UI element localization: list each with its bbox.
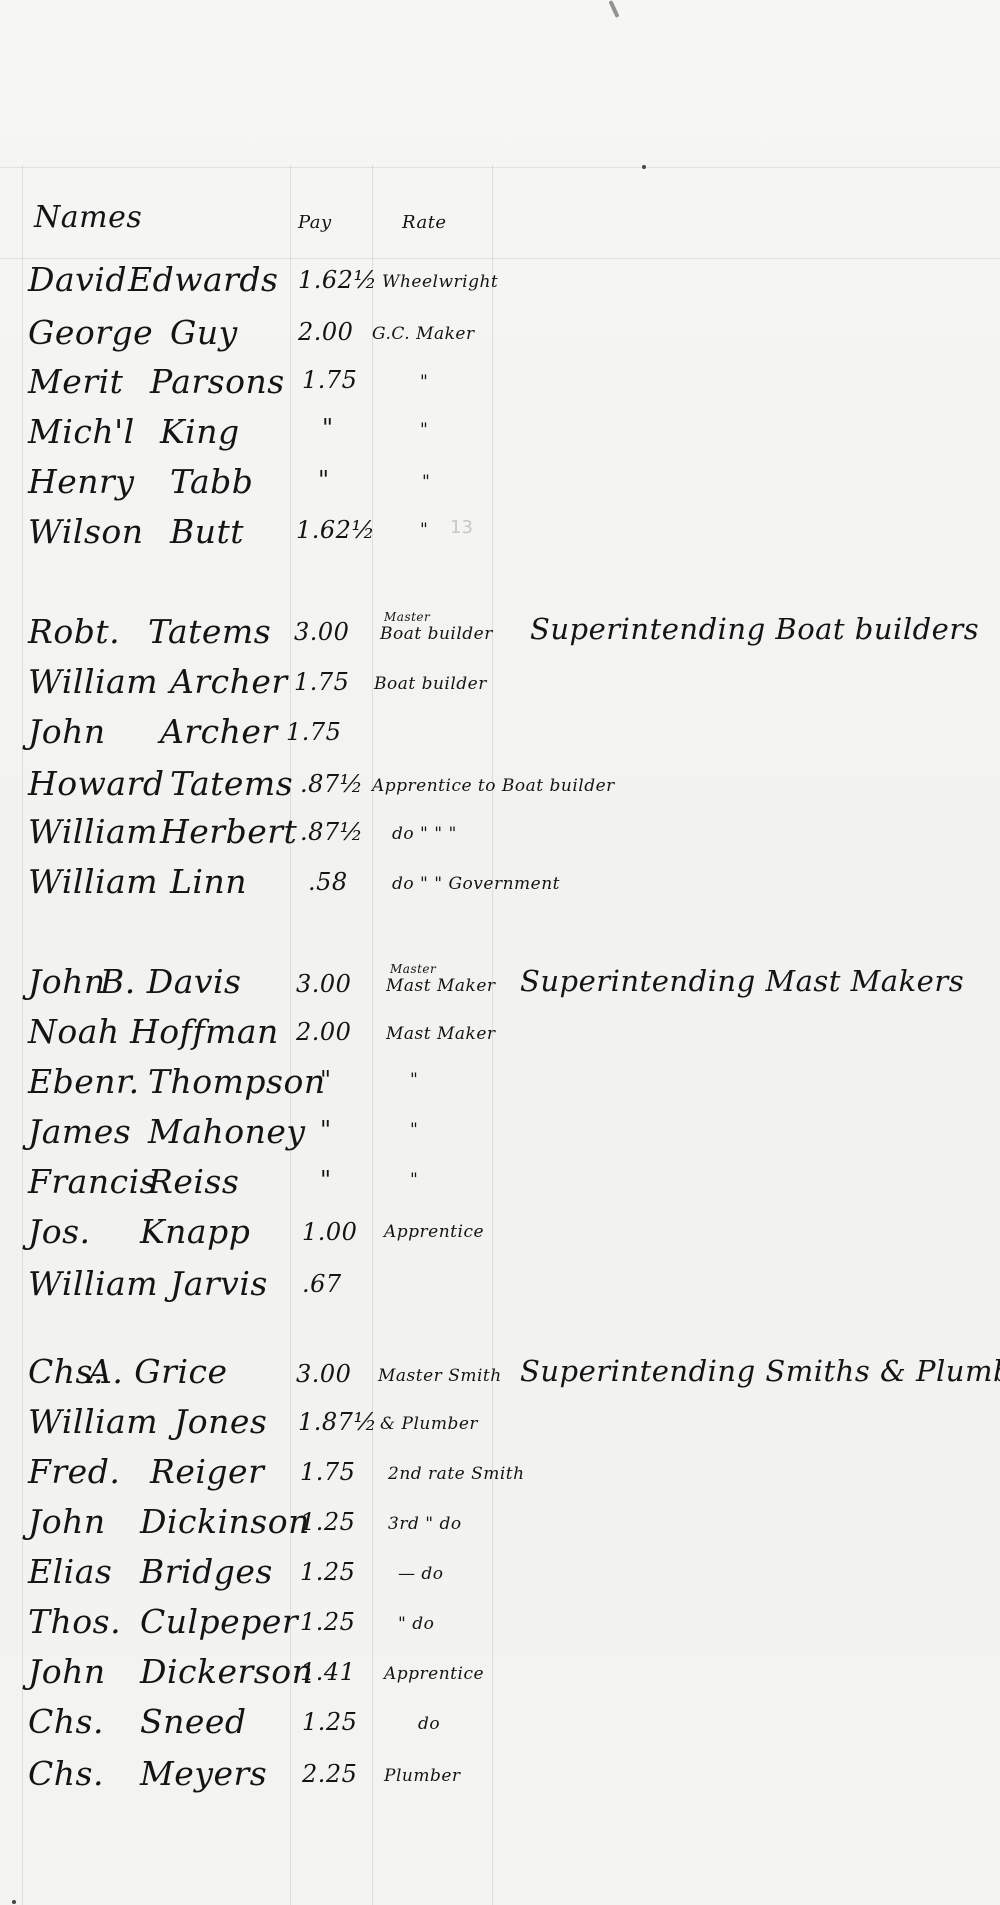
name-last: Reiss [148,1162,239,1201]
group-note: Superintending Boat builders [530,612,979,646]
name-first: James [28,1112,131,1151]
rate-value: Master Boat builder [380,624,493,644]
pay-value: 1.75 [286,718,341,746]
name-first: Francis [28,1162,157,1201]
ruled-column-line [22,165,23,1905]
name-last: Tatems [148,612,271,651]
name-last: Hoffman [130,1012,279,1051]
rate-value: do [418,1714,440,1734]
names-column-header: Names [34,200,142,235]
ruled-column-line [290,165,291,1905]
pay-value: " [318,466,330,494]
pay-value: 1.25 [300,1608,355,1636]
pay-value: " [322,414,334,442]
name-last: Archer [160,712,278,751]
name-first: William [28,1264,158,1303]
pay-value: " [320,1116,332,1144]
name-first: Noah [28,1012,120,1051]
rate-value: " [420,372,428,392]
manuscript-page: Names Pay Rate 13 David Edwards 1.62½ Wh… [0,0,1000,1905]
rate-value: — do [398,1564,444,1584]
name-first: Robt. [28,612,120,651]
rate-value: " [422,472,430,492]
name-first: William [28,862,158,901]
pay-value: 1.25 [300,1558,355,1586]
name-first: Henry [28,462,134,501]
pay-value: 1.41 [300,1658,355,1686]
rate-value: Wheelwright [382,272,498,292]
pay-value: 1.62½ [296,516,375,544]
rate-value: " [410,1170,418,1190]
name-last: Mahoney [148,1112,306,1151]
pay-value: 1.87½ [298,1408,377,1436]
name-last: Dickerson [140,1652,313,1691]
name-first: John [28,712,106,751]
rate-value: 3rd " do [388,1514,462,1534]
rate-value: " do [398,1614,434,1634]
ink-dot [12,1900,16,1904]
rate-value: Apprentice [384,1664,484,1684]
rate-value: Mast Maker [386,1024,496,1044]
name-first: John [28,1652,106,1691]
pay-value: 2.25 [302,1760,357,1788]
rate-value: Apprentice [384,1222,484,1242]
name-first: Merit [28,362,123,401]
name-last: B. Davis [100,962,242,1001]
pay-value: 2.00 [298,318,353,346]
rate-value: Master Smith [378,1366,502,1386]
name-last: Thompson [148,1062,326,1101]
rate-value: Apprentice to Boat builder [372,776,615,796]
pay-value: " [320,1066,332,1094]
pay-value: 2.00 [296,1018,351,1046]
pay-value: 1.25 [302,1708,357,1736]
name-first: David [28,260,127,299]
name-last: Linn [170,862,247,901]
name-last: Jarvis [170,1264,268,1303]
rate-superscript: Master [384,610,430,624]
rate-value: " [410,1070,418,1090]
ruled-line [0,167,1000,168]
name-last: Jones [174,1402,267,1441]
ruled-column-line [372,165,373,1905]
name-first: Fred. [28,1452,120,1491]
pay-value: .87½ [300,818,363,846]
name-first: William [28,1402,158,1441]
rate-value: Master Mast Maker [386,976,496,996]
rate-superscript: Master [390,962,436,976]
name-last: Butt [170,512,244,551]
ink-mark [608,0,619,18]
pay-value: 1.25 [300,1508,355,1536]
name-first: Thos. [28,1602,121,1641]
name-last: Knapp [140,1212,250,1251]
rate-text: Boat builder [380,624,493,644]
pay-value: 3.00 [294,618,349,646]
rate-value: " [420,420,428,440]
name-last: Sneed [140,1702,247,1741]
name-first: Howard [28,764,164,803]
pay-value: " [320,1166,332,1194]
rate-value: " [420,520,428,540]
name-last: Tabb [170,462,253,501]
pay-column-header: Pay [298,212,332,233]
name-first: William [28,662,158,701]
pay-value: 1.75 [302,366,357,394]
marginal-number: 13 [450,517,473,538]
name-first: George [28,313,153,352]
name-first: John [28,962,106,1001]
pay-value: 1.75 [294,668,349,696]
pay-value: 1.62½ [298,266,377,294]
pay-value: 1.75 [300,1458,355,1486]
ruled-line [0,258,1000,259]
name-last: Tatems [170,764,293,803]
group-note: Superintending Mast Makers [520,964,964,998]
pay-value: 1.00 [302,1218,357,1246]
name-first: Chs. [28,1702,104,1741]
name-last: Bridges [140,1552,273,1591]
name-last: A. Grice [88,1352,228,1391]
rate-value: & Plumber [380,1414,478,1434]
name-first: Wilson [28,512,144,551]
rate-value: Boat builder [374,674,487,694]
name-first: Ebenr. [28,1062,140,1101]
pay-value: .67 [302,1270,342,1298]
name-last: Meyers [140,1754,267,1793]
name-last: King [160,412,240,451]
pay-value: 3.00 [296,1360,351,1388]
group-note: Superintending Smiths & Plumbers [520,1354,1000,1388]
rate-column-header: Rate [402,212,447,233]
name-last: Edwards [128,260,278,299]
rate-value: do " " " [392,824,457,844]
name-last: Reiger [150,1452,264,1491]
name-first: William [28,812,158,851]
name-first: Jos. [28,1212,91,1251]
name-first: John [28,1502,106,1541]
name-last: Culpeper [140,1602,298,1641]
rate-value: G.C. Maker [372,324,475,344]
pay-value: 3.00 [296,970,351,998]
rate-text: Mast Maker [386,976,496,996]
rate-value: " [410,1120,418,1140]
pay-value: .87½ [300,770,363,798]
name-last: Guy [170,313,238,352]
rate-value: do " " Government [392,874,560,894]
name-last: Dickinson [140,1502,310,1541]
name-first: Mich'l [28,412,135,451]
rate-value: 2nd rate Smith [388,1464,525,1484]
rate-value: Plumber [384,1766,461,1786]
name-first: Elias [28,1552,112,1591]
name-last: Herbert [160,812,297,851]
name-last: Archer [170,662,288,701]
name-first: Chs. [28,1754,104,1793]
name-last: Parsons [150,362,285,401]
pay-value: .58 [308,868,348,896]
